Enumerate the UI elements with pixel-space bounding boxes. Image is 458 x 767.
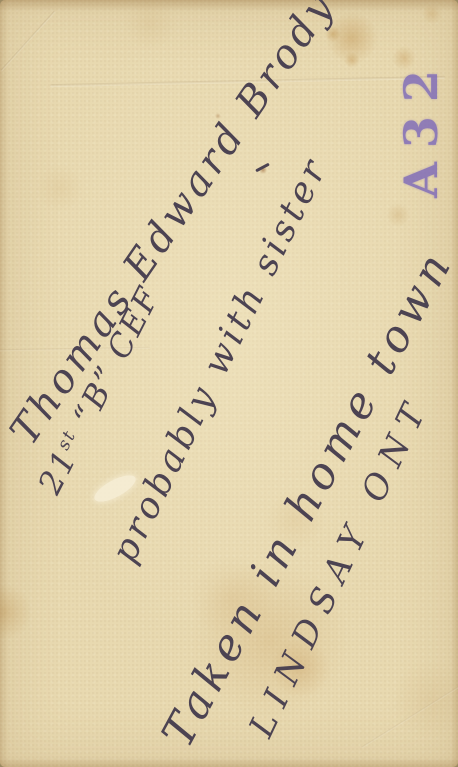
unit-ordinal: st [54,426,81,453]
crease-line-top-left [0,11,55,72]
unit-number: 21 [30,443,84,500]
crease-line-left [0,347,150,352]
handwritten-name: Thomas Edward Brody [1,0,344,453]
handwritten-note: probably with sister [104,151,336,570]
ink-dash-mark [255,163,270,173]
unit-rest: “B” CEF [60,280,168,442]
crease-line-top [50,76,445,87]
handwritten-unit: 21st “B” CEF [30,280,167,500]
handwritten-location: LINDSAY ONT [241,389,438,744]
photo-back-paper: Thomas Edward Brody 21st “B” CEF probabl… [0,0,458,767]
scuff-mark [91,470,140,507]
archive-number-stamp: A32 [394,56,448,198]
handwritten-caption: Taken in home town [152,240,458,755]
crease-line-bottom-right [361,678,458,749]
